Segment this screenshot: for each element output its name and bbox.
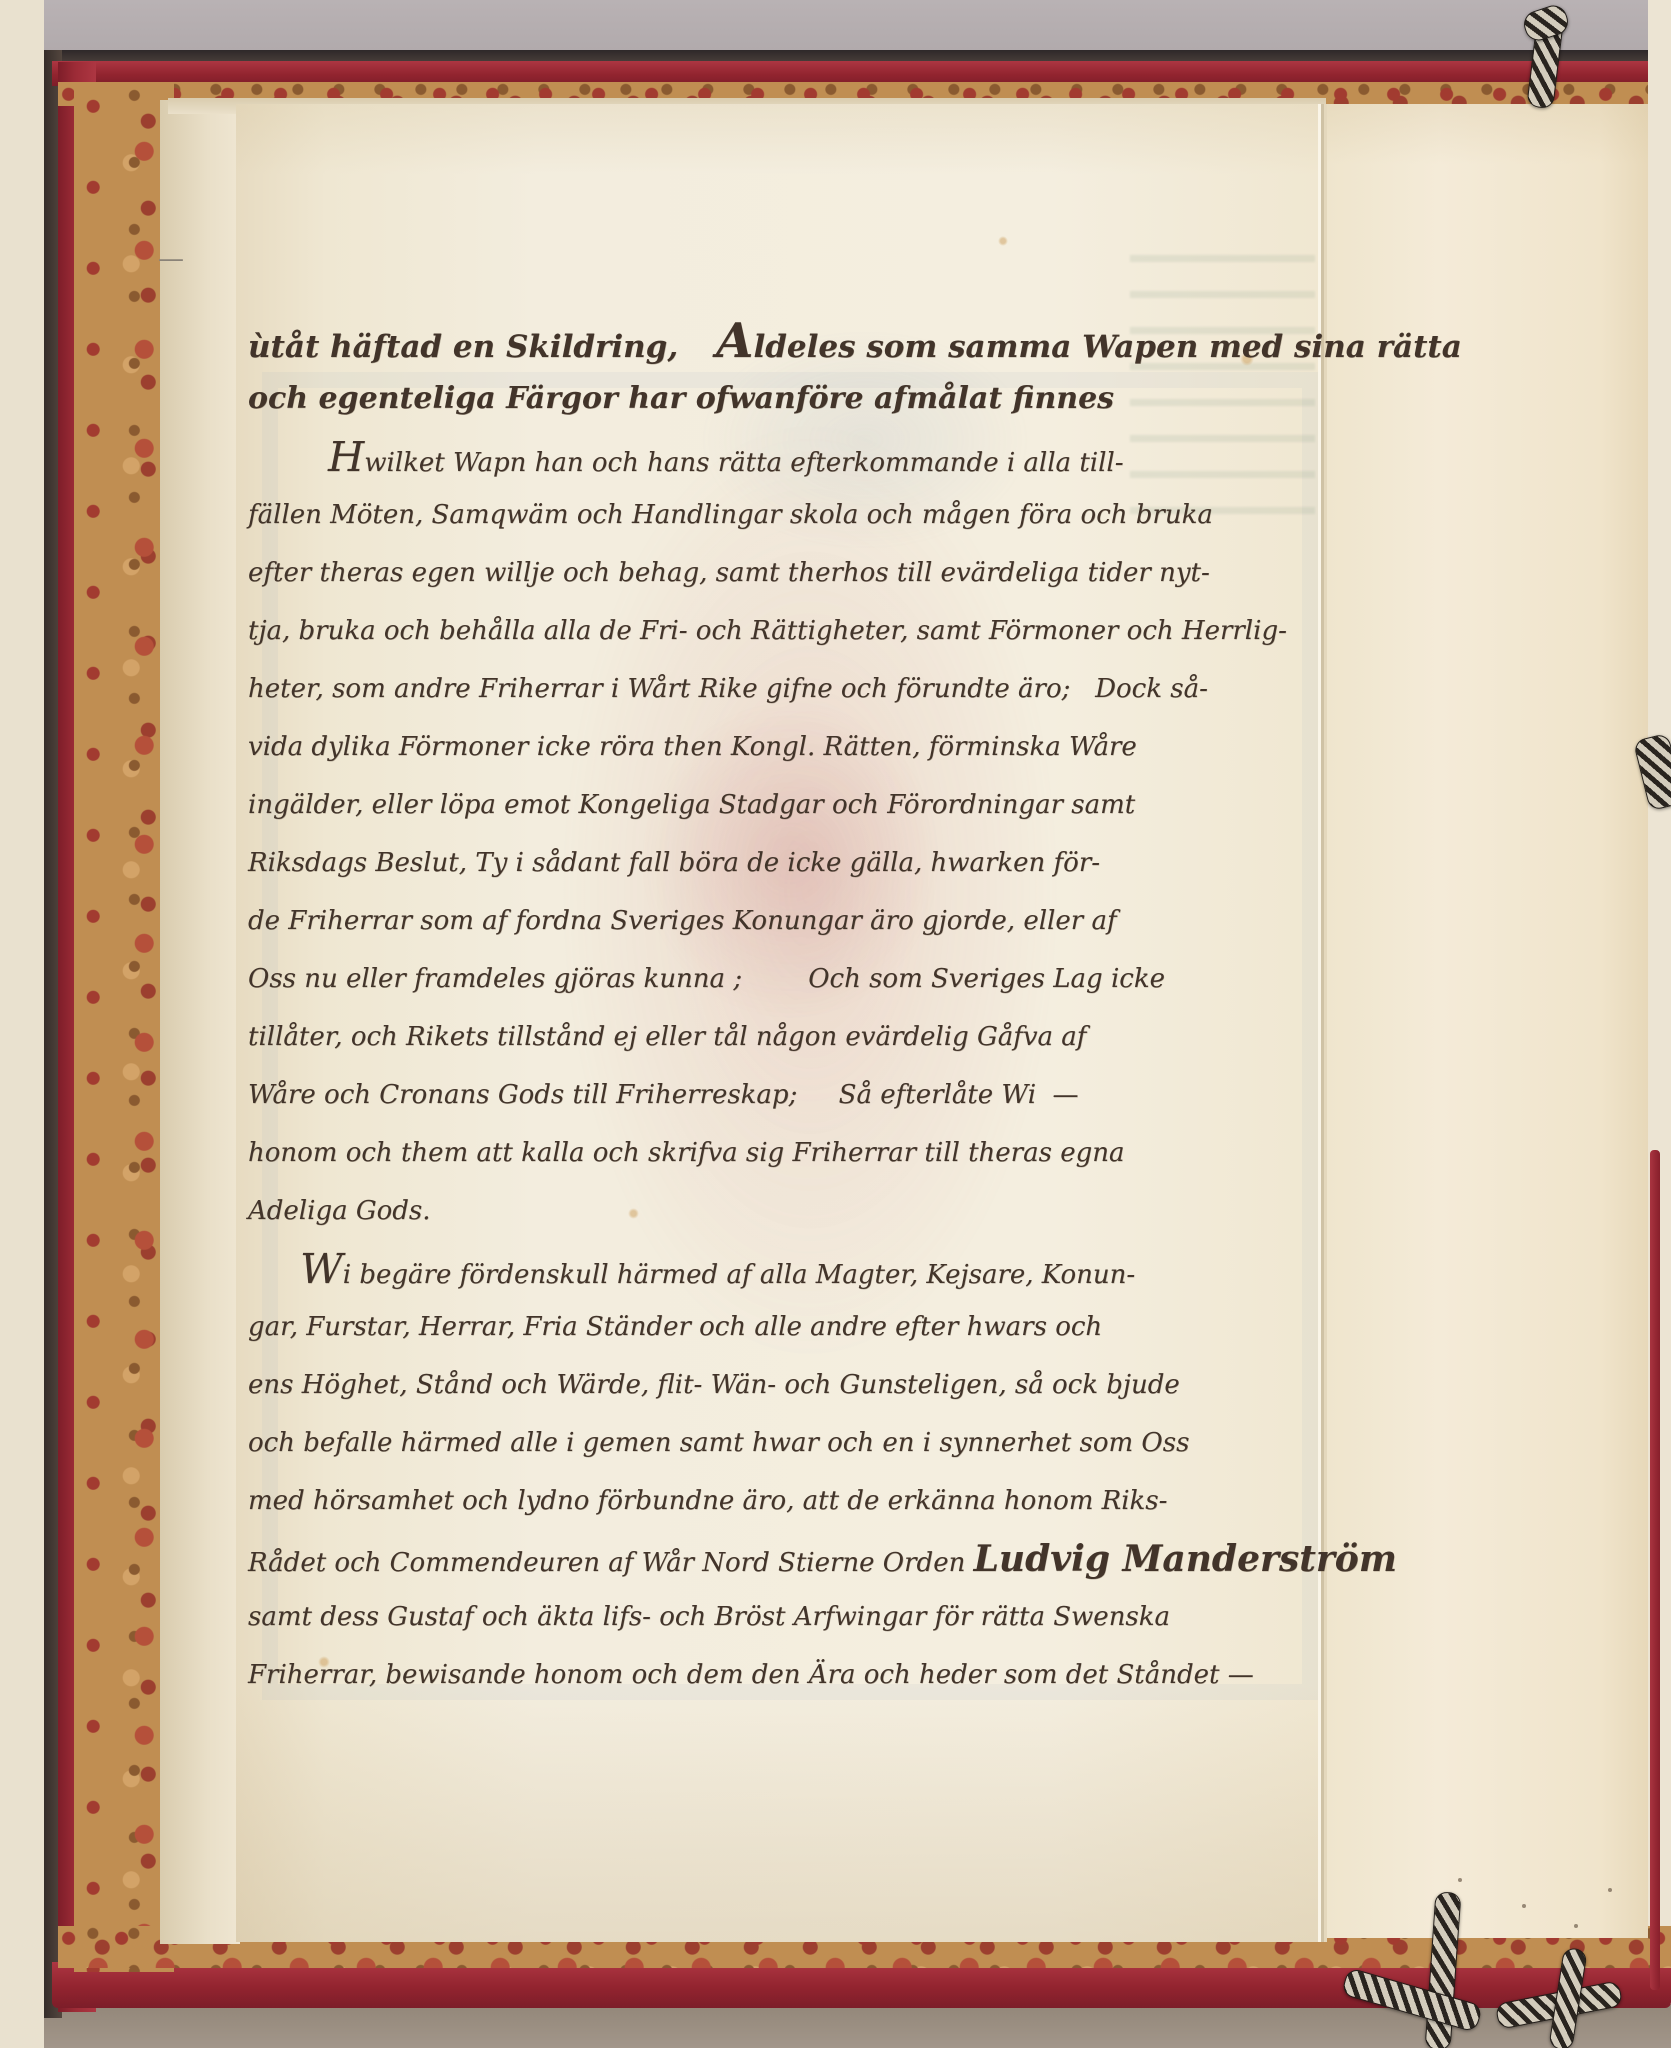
manuscript-line: gar, Furstar, Herrar, Fria Ständer och a… bbox=[248, 1298, 1324, 1356]
line-22-name-ludvig-manderstrom: Ludvig Manderström bbox=[974, 1538, 1397, 1580]
manuscript-line: Rådet och Commendeuren af Wår Nord Stier… bbox=[248, 1530, 1324, 1588]
manuscript-line: de Friherrar som af fordna Sveriges Konu… bbox=[248, 892, 1324, 950]
ink-speck bbox=[1574, 1924, 1578, 1928]
manuscript-line: Hwilket Wapn han och hans rätta efterkom… bbox=[248, 428, 1324, 486]
manuscript-line: Riksdags Beslut, Ty i sådant fall böra d… bbox=[248, 834, 1324, 892]
fox-spot bbox=[998, 236, 1008, 246]
manuscript-line: Wi begäre fördenskull härmed af alla Mag… bbox=[248, 1240, 1324, 1298]
manuscript-line: ùtåt häftad en Skildring,Aldeles som sam… bbox=[248, 312, 1324, 370]
line-22-prefix: Rådet och Commendeuren af Wår Nord Stier… bbox=[248, 1548, 974, 1578]
manuscript-line: efter theras egen willje och behag, samt… bbox=[248, 544, 1324, 602]
line-1-left: ùtåt häftad en Skildring, bbox=[248, 329, 678, 365]
manuscript-scan: — ùtåt häftad en Skildring,Aldeles som s… bbox=[0, 0, 1671, 2048]
manuscript-line: ingälder, eller löpa emot Kongeliga Stad… bbox=[248, 776, 1324, 834]
page-stack-edge-left bbox=[160, 100, 240, 1944]
line-1-right: ldeles som samma Wapen med sina rätta bbox=[753, 329, 1461, 365]
ink-speck bbox=[1522, 1904, 1526, 1908]
manuscript-line: tja, bruka och behålla alla de Fri- och … bbox=[248, 602, 1324, 660]
next-page-curve bbox=[1327, 104, 1648, 1938]
manuscript-line: vida dylika Förmoner icke röra then Kong… bbox=[248, 718, 1324, 776]
ink-speck bbox=[1608, 1888, 1612, 1892]
manuscript-line: och befalle härmed alle i gemen samt hwa… bbox=[248, 1414, 1324, 1472]
manuscript-line: Friherrar, bewisande honom och dem den Ä… bbox=[248, 1646, 1324, 1704]
marbled-paper-edge-left bbox=[74, 82, 174, 1972]
manuscript-line: tillåter, och Rikets tillstånd ej eller … bbox=[248, 1008, 1324, 1066]
manuscript-line: och egenteliga Färgor har ofwanföre afmå… bbox=[248, 370, 1324, 428]
manuscript-line: Oss nu eller framdeles gjöras kunna ; Oc… bbox=[248, 950, 1324, 1008]
manuscript-line: fällen Möten, Samqwäm och Handlingar sko… bbox=[248, 486, 1324, 544]
red-leather-edge-right bbox=[1650, 1150, 1660, 1990]
manuscript-text-block: ùtåt häftad en Skildring,Aldeles som sam… bbox=[248, 312, 1324, 1704]
manuscript-line: heter, som andre Friherrar i Wårt Rike g… bbox=[248, 660, 1324, 718]
manuscript-line: ens Höghet, Stånd och Wärde, flit- Wän- … bbox=[248, 1356, 1324, 1414]
manuscript-line: samt dess Gustaf och äkta lifs- och Brös… bbox=[248, 1588, 1324, 1646]
manuscript-line: Wåre och Cronans Gods till Friherreskap;… bbox=[248, 1066, 1324, 1124]
manuscript-line: med hörsamhet och lydno förbundne äro, a… bbox=[248, 1472, 1324, 1530]
line-1-initial: A bbox=[716, 313, 753, 369]
ink-speck bbox=[1458, 1878, 1462, 1882]
manuscript-line: Adeliga Gods. bbox=[248, 1182, 1324, 1240]
margin-mark: — bbox=[158, 244, 184, 274]
manuscript-line: honom och them att kalla och skrifva sig… bbox=[248, 1124, 1324, 1182]
